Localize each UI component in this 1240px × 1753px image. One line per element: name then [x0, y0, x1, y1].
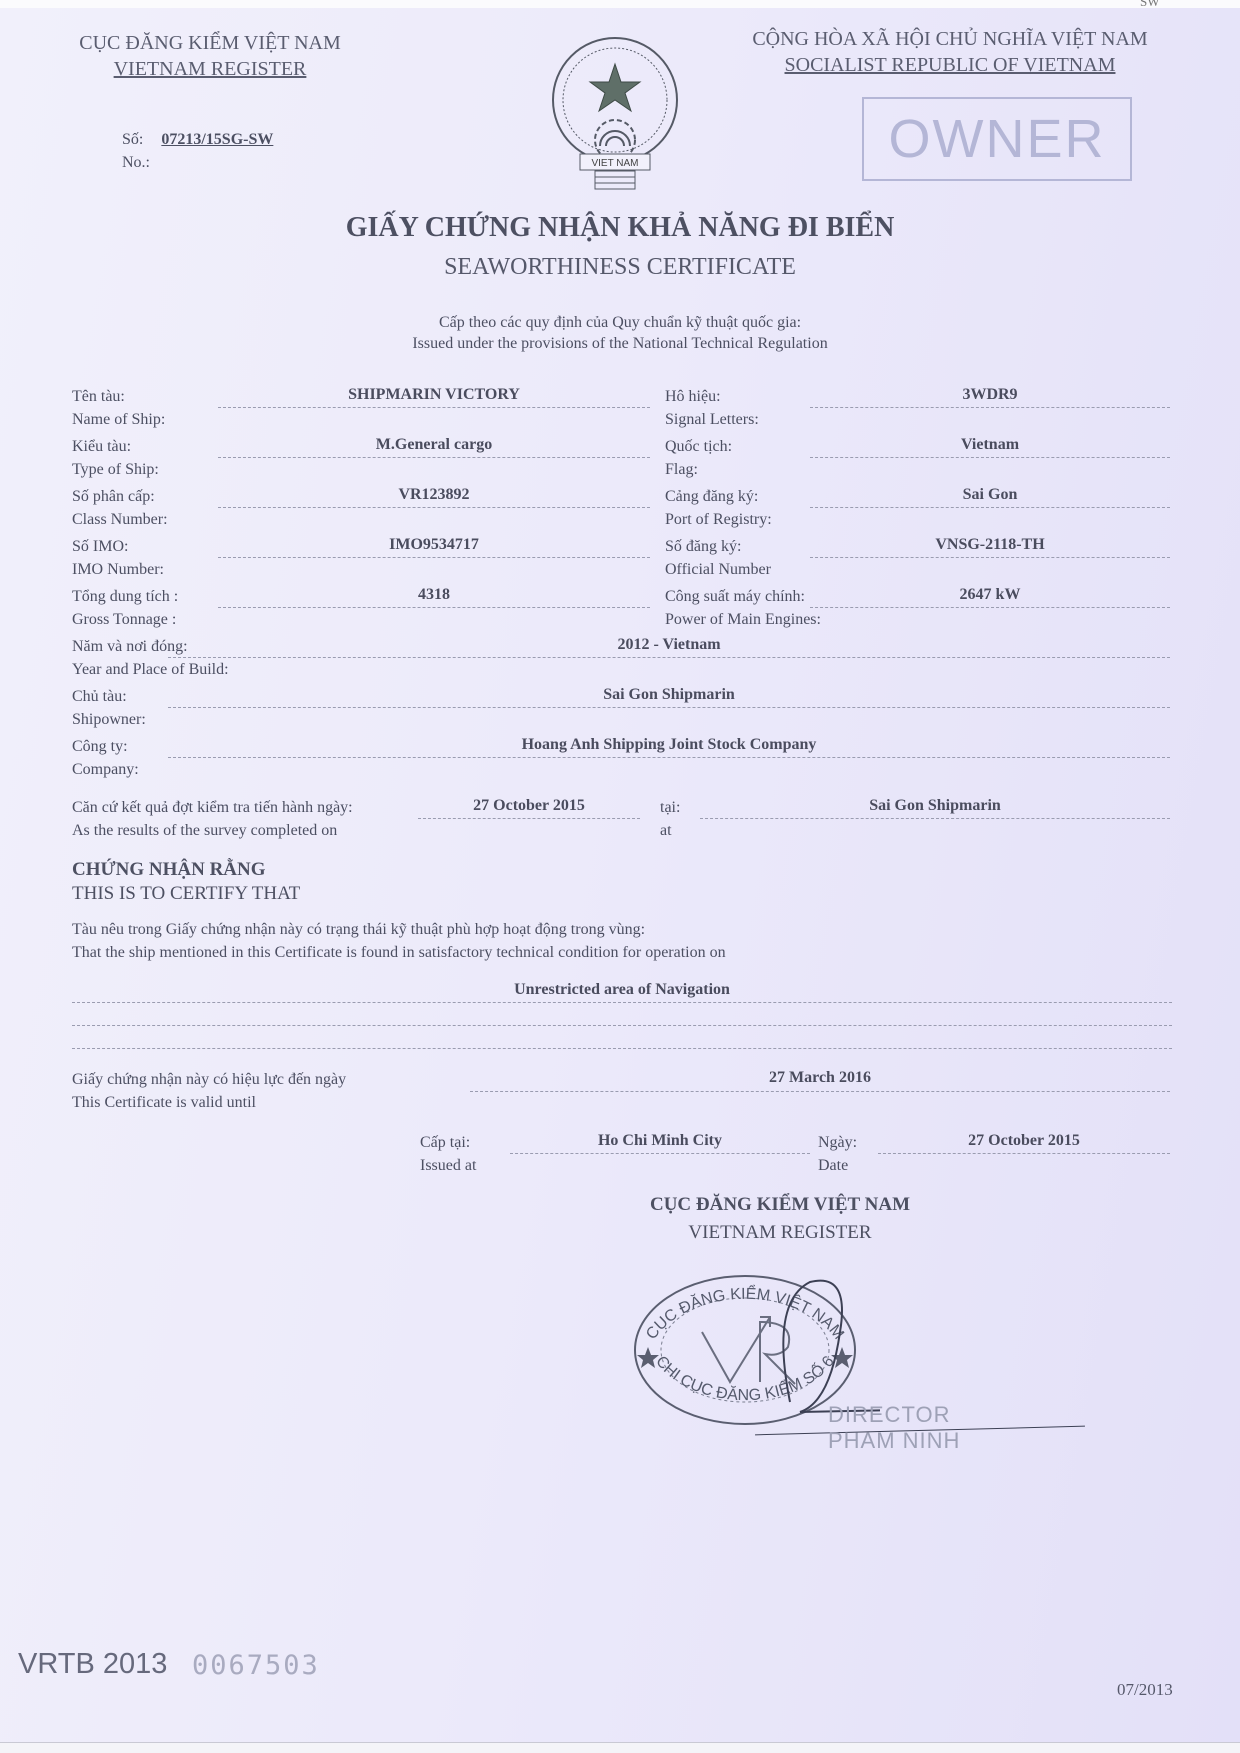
subtitle-en: Issued under the provisions of the Natio…	[0, 333, 1240, 354]
number-value: 07213/15SG-SW	[161, 131, 273, 148]
number-label-vi: Số:	[122, 131, 143, 148]
scan-top-edge	[0, 0, 1240, 8]
area-line-1	[72, 1002, 1172, 1003]
field-row: Kiểu tàu: Type of Ship: M.General cargo	[72, 435, 159, 481]
navigation-area: Unrestricted area of Navigation	[72, 981, 1172, 999]
issue-date-label: Ngày: Date	[818, 1131, 857, 1177]
survey-date: 27 October 2015	[418, 797, 640, 815]
form-edition: 07/2013	[1117, 1680, 1173, 1700]
emblem-icon: VIET NAM	[540, 28, 690, 198]
field-dotted-line	[810, 607, 1170, 608]
validity-line	[470, 1091, 1170, 1092]
field-label-en: Company:	[72, 758, 139, 781]
field-row: Chủ tàu: Shipowner: Sai Gon Shipmarin	[72, 685, 146, 731]
field-label-vi: Tổng dung tích :	[72, 585, 178, 608]
field-value: VR123892	[218, 486, 650, 504]
field-dotted-line	[810, 457, 1170, 458]
issue-date-line	[878, 1153, 1170, 1154]
svg-text:VIET NAM: VIET NAM	[591, 158, 638, 169]
survey-place: Sai Gon Shipmarin	[700, 797, 1170, 815]
certify-heading-vi: CHỨNG NHẬN RẰNG	[72, 858, 300, 882]
field-dotted-line	[218, 407, 650, 408]
survey-label: Căn cứ kết quả đợt kiểm tra tiến hành ng…	[72, 796, 353, 842]
field-dotted-line	[218, 607, 650, 608]
field-row: Số IMO: IMO Number: IMO9534717	[72, 535, 164, 581]
number-label-en: No.:	[122, 154, 150, 171]
field-label-vi: Số đăng ký:	[665, 535, 771, 558]
field-label-vi: Công suất máy chính:	[665, 585, 821, 608]
issuer-name-vi: CỤC ĐĂNG KIỂM VIỆT NAM	[60, 30, 360, 56]
validity-label: Giấy chứng nhận này có hiệu lực đến ngày…	[72, 1068, 346, 1114]
field-row: Tên tàu: Name of Ship: SHIPMARIN VICTORY	[72, 385, 165, 431]
field-label-en: Shipowner:	[72, 708, 146, 731]
field-label-vi: Tên tàu:	[72, 385, 165, 408]
field-label-vi: Hô hiệu:	[665, 385, 759, 408]
national-emblem: VIET NAM	[540, 28, 690, 198]
title-en: SEAWORTHINESS CERTIFICATE	[0, 254, 1240, 281]
field-label-en: Class Number:	[72, 508, 168, 531]
issuer-name-en: VIETNAM REGISTER	[60, 56, 360, 82]
certify-text-en: That the ship mentioned in this Certific…	[72, 941, 726, 964]
issued-place: Ho Chi Minh City	[510, 1132, 810, 1150]
field-row: Công ty: Company: Hoang Anh Shipping Joi…	[72, 735, 139, 781]
field-row: Quốc tịch: Flag: Vietnam	[665, 435, 732, 481]
field-dotted-line	[810, 407, 1170, 408]
field-label-vi: Kiểu tàu:	[72, 435, 159, 458]
field-label-en: Year and Place of Build:	[72, 658, 229, 681]
at-label-en: at	[660, 819, 680, 842]
issued-at-label-en: Issued at	[420, 1154, 476, 1177]
field-row: Công suất máy chính: Power of Main Engin…	[665, 585, 821, 631]
field-label-en: Official Number	[665, 558, 771, 581]
issue-date: 27 October 2015	[878, 1132, 1170, 1150]
field-dotted-line	[810, 507, 1170, 508]
field-dotted-line	[218, 557, 650, 558]
svg-text:CHI CỤC ĐĂNG KIỂM SỐ 6: CHI CỤC ĐĂNG KIỂM SỐ 6	[652, 1353, 838, 1404]
field-value: SHIPMARIN VICTORY	[218, 386, 650, 404]
field-dotted-line	[168, 707, 1170, 708]
survey-label-vi: Căn cứ kết quả đợt kiểm tra tiến hành ng…	[72, 796, 353, 819]
field-label-en: Power of Main Engines:	[665, 608, 821, 631]
issuer-header: CỤC ĐĂNG KIỂM VIỆT NAM VIETNAM REGISTER	[60, 30, 360, 82]
issue-date-label-en: Date	[818, 1154, 857, 1177]
field-label-en: Port of Registry:	[665, 508, 772, 531]
certify-heading-en: THIS IS TO CERTIFY THAT	[72, 882, 300, 906]
at-label-vi: tại:	[660, 796, 680, 819]
authority-name-en: VIETNAM REGISTER	[580, 1219, 980, 1247]
signing-authority: CỤC ĐĂNG KIỂM VIỆT NAM VIETNAM REGISTER	[580, 1191, 980, 1247]
owner-stamp: OWNER	[862, 97, 1132, 181]
field-value: M.General cargo	[218, 436, 650, 454]
state-header: CỘNG HÒA XÃ HỘI CHỦ NGHĨA VIỆT NAM SOCIA…	[730, 26, 1170, 78]
field-value: 2647 kW	[810, 586, 1170, 604]
field-label-en: Gross Tonnage :	[72, 608, 178, 631]
field-value: Vietnam	[810, 436, 1170, 454]
scan-bottom-edge	[0, 1742, 1240, 1753]
field-label-vi: Cảng đăng ký:	[665, 485, 772, 508]
area-line-2	[72, 1025, 1172, 1026]
field-row: Tổng dung tích : Gross Tonnage : 4318	[72, 585, 178, 631]
field-row: Năm và nơi đóng: Year and Place of Build…	[72, 635, 229, 681]
field-value: VNSG-2118-TH	[810, 536, 1170, 554]
issued-place-line	[510, 1153, 810, 1154]
certify-text: Tàu nêu trong Giấy chứng nhận này có trạ…	[72, 918, 726, 964]
field-value: 4318	[218, 586, 650, 604]
validity-date: 27 March 2016	[470, 1069, 1170, 1087]
field-row: Hô hiệu: Signal Letters: 3WDR9	[665, 385, 759, 431]
form-code: VRTB 2013	[18, 1648, 167, 1681]
field-label-vi: Chủ tàu:	[72, 685, 146, 708]
issued-at-label: Cấp tại: Issued at	[420, 1131, 476, 1177]
field-row: Cảng đăng ký: Port of Registry: Sai Gon	[665, 485, 772, 531]
survey-label-en: As the results of the survey completed o…	[72, 819, 353, 842]
field-label-vi: Số phân cấp:	[72, 485, 168, 508]
field-label-vi: Quốc tịch:	[665, 435, 732, 458]
field-value: 2012 - Vietnam	[168, 636, 1170, 654]
area-line-3	[72, 1048, 1172, 1049]
field-label-en: Type of Ship:	[72, 458, 159, 481]
subtitle: Cấp theo các quy định của Quy chuẩn kỹ t…	[0, 312, 1240, 354]
field-dotted-line	[218, 507, 650, 508]
signatory-name: PHAM NINH	[828, 1428, 960, 1454]
field-label-en: Signal Letters:	[665, 408, 759, 431]
field-label-en: IMO Number:	[72, 558, 164, 581]
field-row: Số phân cấp: Class Number: VR123892	[72, 485, 168, 531]
state-name-vi: CỘNG HÒA XÃ HỘI CHỦ NGHĨA VIỆT NAM	[730, 26, 1170, 52]
corner-mark: SW	[1140, 0, 1160, 10]
signatory: DIRECTOR PHAM NINH	[828, 1402, 960, 1454]
survey-at-label: tại: at	[660, 796, 680, 842]
field-dotted-line	[168, 757, 1170, 758]
issued-at-label-vi: Cấp tại:	[420, 1131, 476, 1154]
field-label-en: Flag:	[665, 458, 732, 481]
issue-date-label-vi: Ngày:	[818, 1131, 857, 1154]
validity-label-en: This Certificate is valid until	[72, 1091, 346, 1114]
state-name-en: SOCIALIST REPUBLIC OF VIETNAM	[730, 52, 1170, 78]
validity-label-vi: Giấy chứng nhận này có hiệu lực đến ngày	[72, 1068, 346, 1091]
field-label-vi: Công ty:	[72, 735, 139, 758]
field-dotted-line	[218, 457, 650, 458]
certify-text-vi: Tàu nêu trong Giấy chứng nhận này có trạ…	[72, 918, 726, 941]
field-dotted-line	[168, 657, 1170, 658]
field-value: 3WDR9	[810, 386, 1170, 404]
field-value: IMO9534717	[218, 536, 650, 554]
title-vi: GIẤY CHỨNG NHẬN KHẢ NĂNG ĐI BIỂN	[0, 212, 1240, 244]
field-row: Số đăng ký: Official Number VNSG-2118-TH	[665, 535, 771, 581]
serial-number: 0067503	[192, 1650, 320, 1681]
field-value: Hoang Anh Shipping Joint Stock Company	[168, 736, 1170, 754]
field-label-vi: Số IMO:	[72, 535, 164, 558]
field-value: Sai Gon	[810, 486, 1170, 504]
signatory-title: DIRECTOR	[828, 1402, 960, 1428]
field-dotted-line	[810, 557, 1170, 558]
survey-date-line	[418, 818, 640, 819]
authority-name-vi: CỤC ĐĂNG KIỂM VIỆT NAM	[580, 1191, 980, 1219]
certify-heading: CHỨNG NHẬN RẰNG THIS IS TO CERTIFY THAT	[72, 858, 300, 906]
subtitle-vi: Cấp theo các quy định của Quy chuẩn kỹ t…	[0, 312, 1240, 333]
field-label-en: Name of Ship:	[72, 408, 165, 431]
survey-place-line	[700, 818, 1170, 819]
field-value: Sai Gon Shipmarin	[168, 686, 1170, 704]
certificate-number: Số: 07213/15SG-SW No.:	[122, 128, 273, 174]
